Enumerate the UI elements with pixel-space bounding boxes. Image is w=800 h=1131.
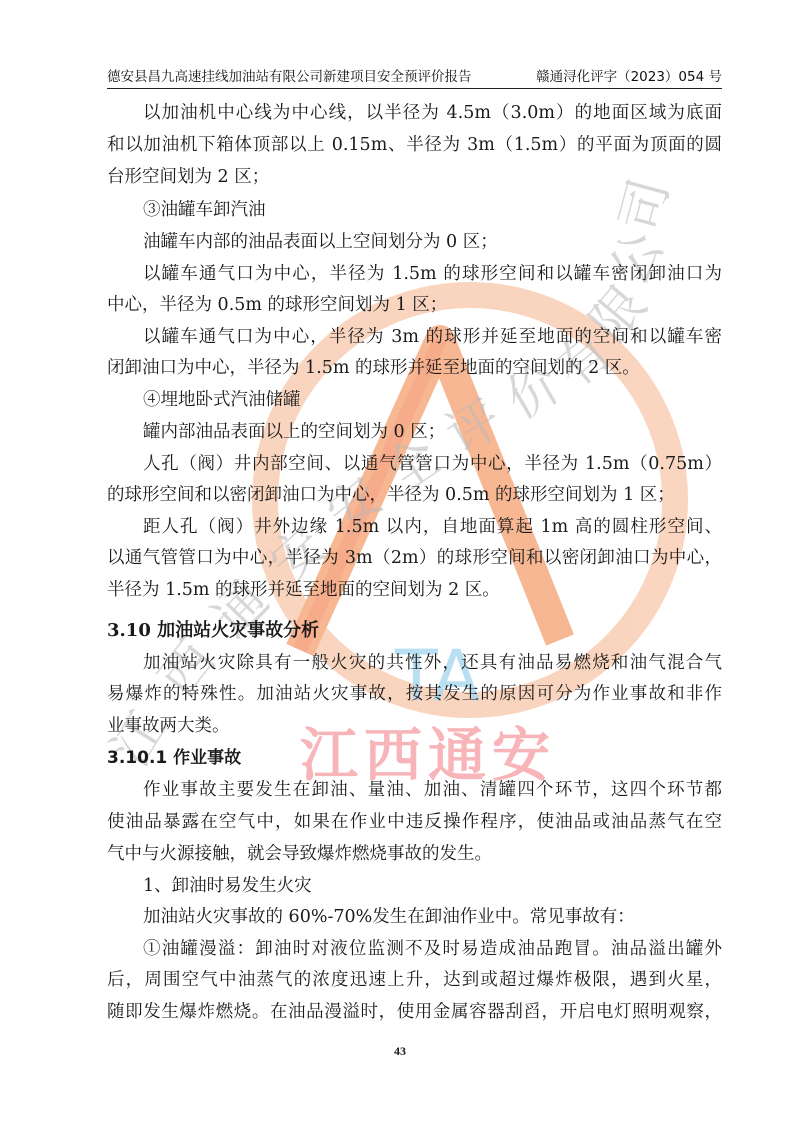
body-line: ①油罐漫溢：卸油时对液位监测不及时易造成油品跑冒。油品溢出罐外 [143, 934, 722, 964]
section-heading-3-10: 3.10 加油站火灾事故分析 [107, 616, 319, 646]
body-line: 以罐车通气口为中心，半径为 1.5m 的球形空间和以罐车密闭卸油口为 [143, 259, 722, 289]
body-line: 和以加油机下箱体顶部以上 0.15m、半径为 3m（1.5m）的平面为顶面的圆 [107, 130, 722, 160]
body-line: 以通气管管口为中心，半径为 3m（2m）的球形空间和以密闭卸油口为中心， [107, 543, 722, 573]
section-heading-3-10-1: 3.10.1 作业事故 [107, 743, 241, 773]
report-title: 德安县昌九高速挂线加油站有限公司新建项目安全预评价报告 [107, 67, 472, 87]
subheading-gasoline-unloading: ③油罐车卸汽油 [143, 195, 722, 225]
body-line: 人孔（阀）井内部空间、以通气管管口为中心，半径为 1.5m（0.75m） [143, 449, 722, 479]
body-line: 半径为 1.5m 的球形并延至地面的空间划为 2 区。 [107, 575, 722, 605]
subheading-unloading-fire: 1、卸油时易发生火灾 [143, 871, 722, 901]
body-line: 气中与火源接触，就会导致爆炸燃烧事故的发生。 [107, 839, 722, 869]
body-line: 随即发生爆炸燃烧。在油品漫溢时，使用金属容器刮舀，开启电灯照明观察， [107, 997, 722, 1027]
page-header: 德安县昌九高速挂线加油站有限公司新建项目安全预评价报告 赣通浔化评字（2023）… [107, 66, 722, 89]
body-line: 闭卸油口为中心，半径为 1.5m 的球形并延至地面的空间划的 2 区。 [107, 353, 722, 383]
subheading-underground-tank: ④埋地卧式汽油储罐 [143, 385, 722, 415]
body-line: 距人孔（阀）井外边缘 1.5m 以内，自地面算起 1m 高的圆柱形空间、 [143, 512, 722, 542]
body-line: 台形空间划为 2 区； [107, 162, 722, 192]
document-number: 赣通浔化评字（2023）054 号 [536, 67, 722, 87]
body-line: 罐内部油品表面以上的空间划为 0 区； [143, 417, 722, 447]
body-line: 后，周围空气中油蒸气的浓度迅速上升，达到或超过爆炸极限，遇到火星， [107, 965, 722, 995]
body-line: 加油站火灾除具有一般火灾的共性外，还具有油品易燃烧和油气混合气 [143, 648, 722, 678]
body-line: 以加油机中心线为中心线，以半径为 4.5m（3.0m）的地面区域为底面 [143, 98, 722, 128]
body-line: 加油站火灾事故的 60%-70%发生在卸油作业中。常见事故有： [143, 902, 722, 932]
page-number: 43 [0, 1044, 800, 1059]
body-line: 使油品暴露在空气中，如果在作业中违反操作程序，使油品或油品蒸气在空 [107, 807, 722, 837]
body-line: 中心，半径为 0.5m 的球形空间划为 1 区； [107, 290, 722, 320]
body-line: 易爆炸的特殊性。加油站火灾事故，按其发生的原因可分为作业事故和非作 [107, 679, 722, 709]
body-line: 业事故两大类。 [107, 711, 722, 741]
body-line: 油罐车内部的油品表面以上空间划分为 0 区； [143, 227, 722, 257]
body-line: 以罐车通气口为中心，半径为 3m 的球形并延至地面的空间和以罐车密 [143, 322, 722, 352]
body-line: 作业事故主要发生在卸油、量油、加油、清罐四个环节，这四个环节都 [143, 775, 722, 805]
body-line: 的球形空间和以密闭卸油口为中心，半径为 0.5m 的球形空间划为 1 区； [107, 480, 722, 510]
